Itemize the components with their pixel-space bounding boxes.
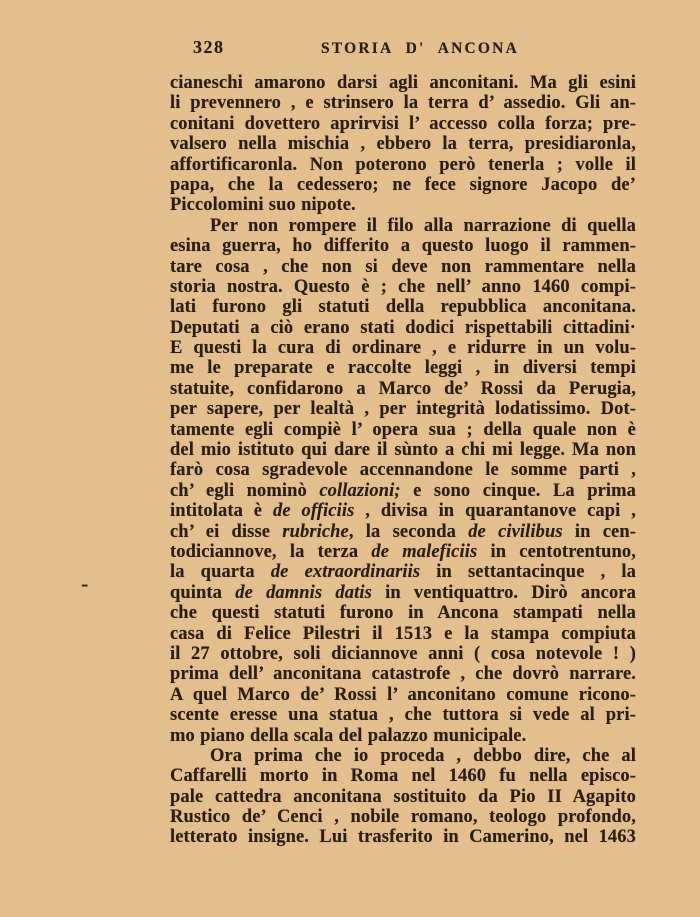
- running-title: STORIA D' ANCONA: [321, 40, 519, 58]
- text-segment: conitani dovettero aprirvisi l’ accesso …: [170, 114, 636, 134]
- text-line: statuite, confidarono a Marco de’ Rossi …: [170, 379, 636, 399]
- text-line: me le preparate e raccolte leggi , in di…: [170, 358, 636, 378]
- text-segment: Deputati a ciò erano stati dodici rispet…: [170, 318, 636, 338]
- text-segment: me le preparate e raccolte leggi , in di…: [170, 358, 636, 378]
- text-segment: casa di Felice Pilestri il 1513 e la sta…: [170, 624, 636, 644]
- text-segment: scente eresse una statua , che tuttora s…: [170, 705, 636, 725]
- text-line: scente eresse una statua , che tuttora s…: [170, 705, 636, 725]
- text-line: storia nostra. Questo è ; che nell’ anno…: [170, 277, 636, 297]
- text-segment: , divisa in quarantanove capi ,: [354, 501, 636, 521]
- text-line: li prevennero , e strinsero la terra d’ …: [170, 93, 636, 113]
- text-segment: A quel Marco de’ Rossi l’ anconitano com…: [170, 685, 636, 705]
- text-line: per sapere, per lealtà , per integrità l…: [170, 399, 636, 419]
- text-line: che questi statuti furono in Ancona stam…: [170, 603, 636, 623]
- italic-text-segment: collazioni;: [319, 481, 400, 501]
- text-line: affortificaronla. Non poterono però tene…: [170, 155, 636, 175]
- text-segment: Piccolomini suo nipote.: [170, 195, 356, 215]
- text-line: lati furono gli statuti della repubblica…: [170, 297, 636, 317]
- text-segment: Rustico de’ Cenci , nobile romano, teolo…: [170, 807, 636, 827]
- text-line: tamente egli compiè l’ opera sua ; della…: [170, 420, 636, 440]
- text-line: intitolata è de officiis , divisa in qua…: [170, 501, 636, 521]
- text-segment: tamente egli compiè l’ opera sua ; della…: [170, 420, 636, 440]
- italic-text-segment: de extraordinariis: [271, 562, 420, 582]
- text-segment: prima dell’ anconitana catastrofe , che …: [170, 664, 636, 684]
- text-line: farò cosa sgradevole accennandone le som…: [170, 460, 636, 480]
- text-segment: ch’ ei disse: [170, 522, 282, 542]
- italic-text-segment: de officiis: [273, 501, 354, 521]
- text-line: Rustico de’ Cenci , nobile romano, teolo…: [170, 807, 636, 827]
- text-line: Piccolomini suo nipote.: [170, 195, 636, 215]
- text-line: ch’ ei disse rubriche, la seconda de civ…: [170, 522, 636, 542]
- text-line: Caffarelli morto in Roma nel 1460 fu nel…: [170, 766, 636, 786]
- text-segment: affortificaronla. Non poterono però tene…: [170, 155, 636, 175]
- text-segment: storia nostra. Questo è ; che nell’ anno…: [170, 277, 636, 297]
- text-segment: ch’ egli nominò: [170, 481, 319, 501]
- text-segment: quinta: [170, 583, 235, 603]
- text-line: prima dell’ anconitana catastrofe , che …: [170, 664, 636, 684]
- text-segment: in ventiquattro. Dirò ancora: [372, 583, 636, 603]
- text-segment: E questi la cura di ordinare , e ridurre…: [170, 338, 636, 358]
- text-line: A quel Marco de’ Rossi l’ anconitano com…: [170, 685, 636, 705]
- text-segment: che questi statuti furono in Ancona stam…: [170, 603, 636, 623]
- text-line: Per non rompere il filo alla narrazione …: [170, 216, 636, 236]
- text-segment: cianeschi amarono darsi agli anconitani.…: [170, 73, 636, 93]
- text-segment: statuite, confidarono a Marco de’ Rossi …: [170, 379, 636, 399]
- text-segment: lati furono gli statuti della repubblica…: [170, 297, 636, 317]
- text-line: quinta de damnis datis in ventiquattro. …: [170, 583, 636, 603]
- text-segment: in centotrentuno,: [477, 542, 636, 562]
- text-line: esina guerra, ho differito a questo luog…: [170, 236, 636, 256]
- text-line: papa, che la cedessero; ne fece signore …: [170, 175, 636, 195]
- page-number: 328: [193, 37, 225, 58]
- text-line: E questi la cura di ordinare , e ridurre…: [170, 338, 636, 358]
- text-line: Ora prima che io proceda , debbo dire, c…: [170, 746, 636, 766]
- text-line: Deputati a ciò erano stati dodici rispet…: [170, 318, 636, 338]
- text-line: del mio istituto qui dare il sùnto a chi…: [170, 440, 636, 460]
- text-segment: in settantacinque , la: [420, 562, 636, 582]
- text-line: letterato insigne. Lui trasferito in Cam…: [170, 827, 636, 847]
- text-segment: , la seconda: [349, 522, 468, 542]
- text-segment: Caffarelli morto in Roma nel 1460 fu nel…: [170, 766, 636, 786]
- text-segment: papa, che la cedessero; ne fece signore …: [170, 175, 636, 195]
- text-segment: letterato insigne. Lui trasferito in Cam…: [170, 827, 636, 847]
- text-segment: la quarta: [170, 562, 271, 582]
- text-segment: Per non rompere il filo alla narrazione …: [210, 216, 636, 236]
- italic-text-segment: de damnis datis: [235, 583, 372, 603]
- text-segment: pale cattedra anconitana sostituito da P…: [170, 787, 636, 807]
- text-line: todiciannove, la terza de maleficiis in …: [170, 542, 636, 562]
- text-line: ch’ egli nominò collazioni; e sono cinqu…: [170, 481, 636, 501]
- italic-text-segment: de maleficiis: [371, 542, 477, 562]
- text-segment: Ora prima che io proceda , debbo dire, c…: [210, 746, 636, 766]
- text-segment: valsero nella mischia , ebbero la terra,…: [170, 134, 636, 154]
- text-line: casa di Felice Pilestri il 1513 e la sta…: [170, 624, 636, 644]
- text-segment: li prevennero , e strinsero la terra d’ …: [170, 93, 636, 113]
- text-line: conitani dovettero aprirvisi l’ accesso …: [170, 114, 636, 134]
- text-segment: tare cosa , che non si deve non rammenta…: [170, 257, 636, 277]
- text-line: la quarta de extraordinariis in settanta…: [170, 562, 636, 582]
- text-line: mo piano della scala del palazzo municip…: [170, 726, 636, 746]
- text-segment: per sapere, per lealtà , per integrità l…: [170, 399, 636, 419]
- text-line: valsero nella mischia , ebbero la terra,…: [170, 134, 636, 154]
- italic-text-segment: de civilibus: [468, 522, 562, 542]
- text-segment: intitolata è: [170, 501, 273, 521]
- text-segment: in cen-: [563, 522, 636, 542]
- margin-dash: -: [81, 574, 88, 594]
- text-segment: il 27 ottobre, soli diciannove anni ( co…: [170, 644, 636, 664]
- text-segment: todiciannove, la terza: [170, 542, 371, 562]
- text-segment: esina guerra, ho differito a questo luog…: [170, 236, 636, 256]
- text-line: tare cosa , che non si deve non rammenta…: [170, 257, 636, 277]
- text-segment: farò cosa sgradevole accennandone le som…: [170, 460, 636, 480]
- text-line: il 27 ottobre, soli diciannove anni ( co…: [170, 644, 636, 664]
- text-segment: mo piano della scala del palazzo municip…: [170, 726, 526, 746]
- text-segment: e sono cinque. La prima: [401, 481, 636, 501]
- page-text: cianeschi amarono darsi agli anconitani.…: [170, 73, 636, 848]
- italic-text-segment: rubriche: [282, 522, 349, 542]
- text-segment: del mio istituto qui dare il sùnto a chi…: [170, 440, 636, 460]
- text-line: pale cattedra anconitana sostituito da P…: [170, 787, 636, 807]
- book-page: 328 STORIA D' ANCONA - cianeschi amarono…: [0, 0, 700, 917]
- text-line: cianeschi amarono darsi agli anconitani.…: [170, 73, 636, 93]
